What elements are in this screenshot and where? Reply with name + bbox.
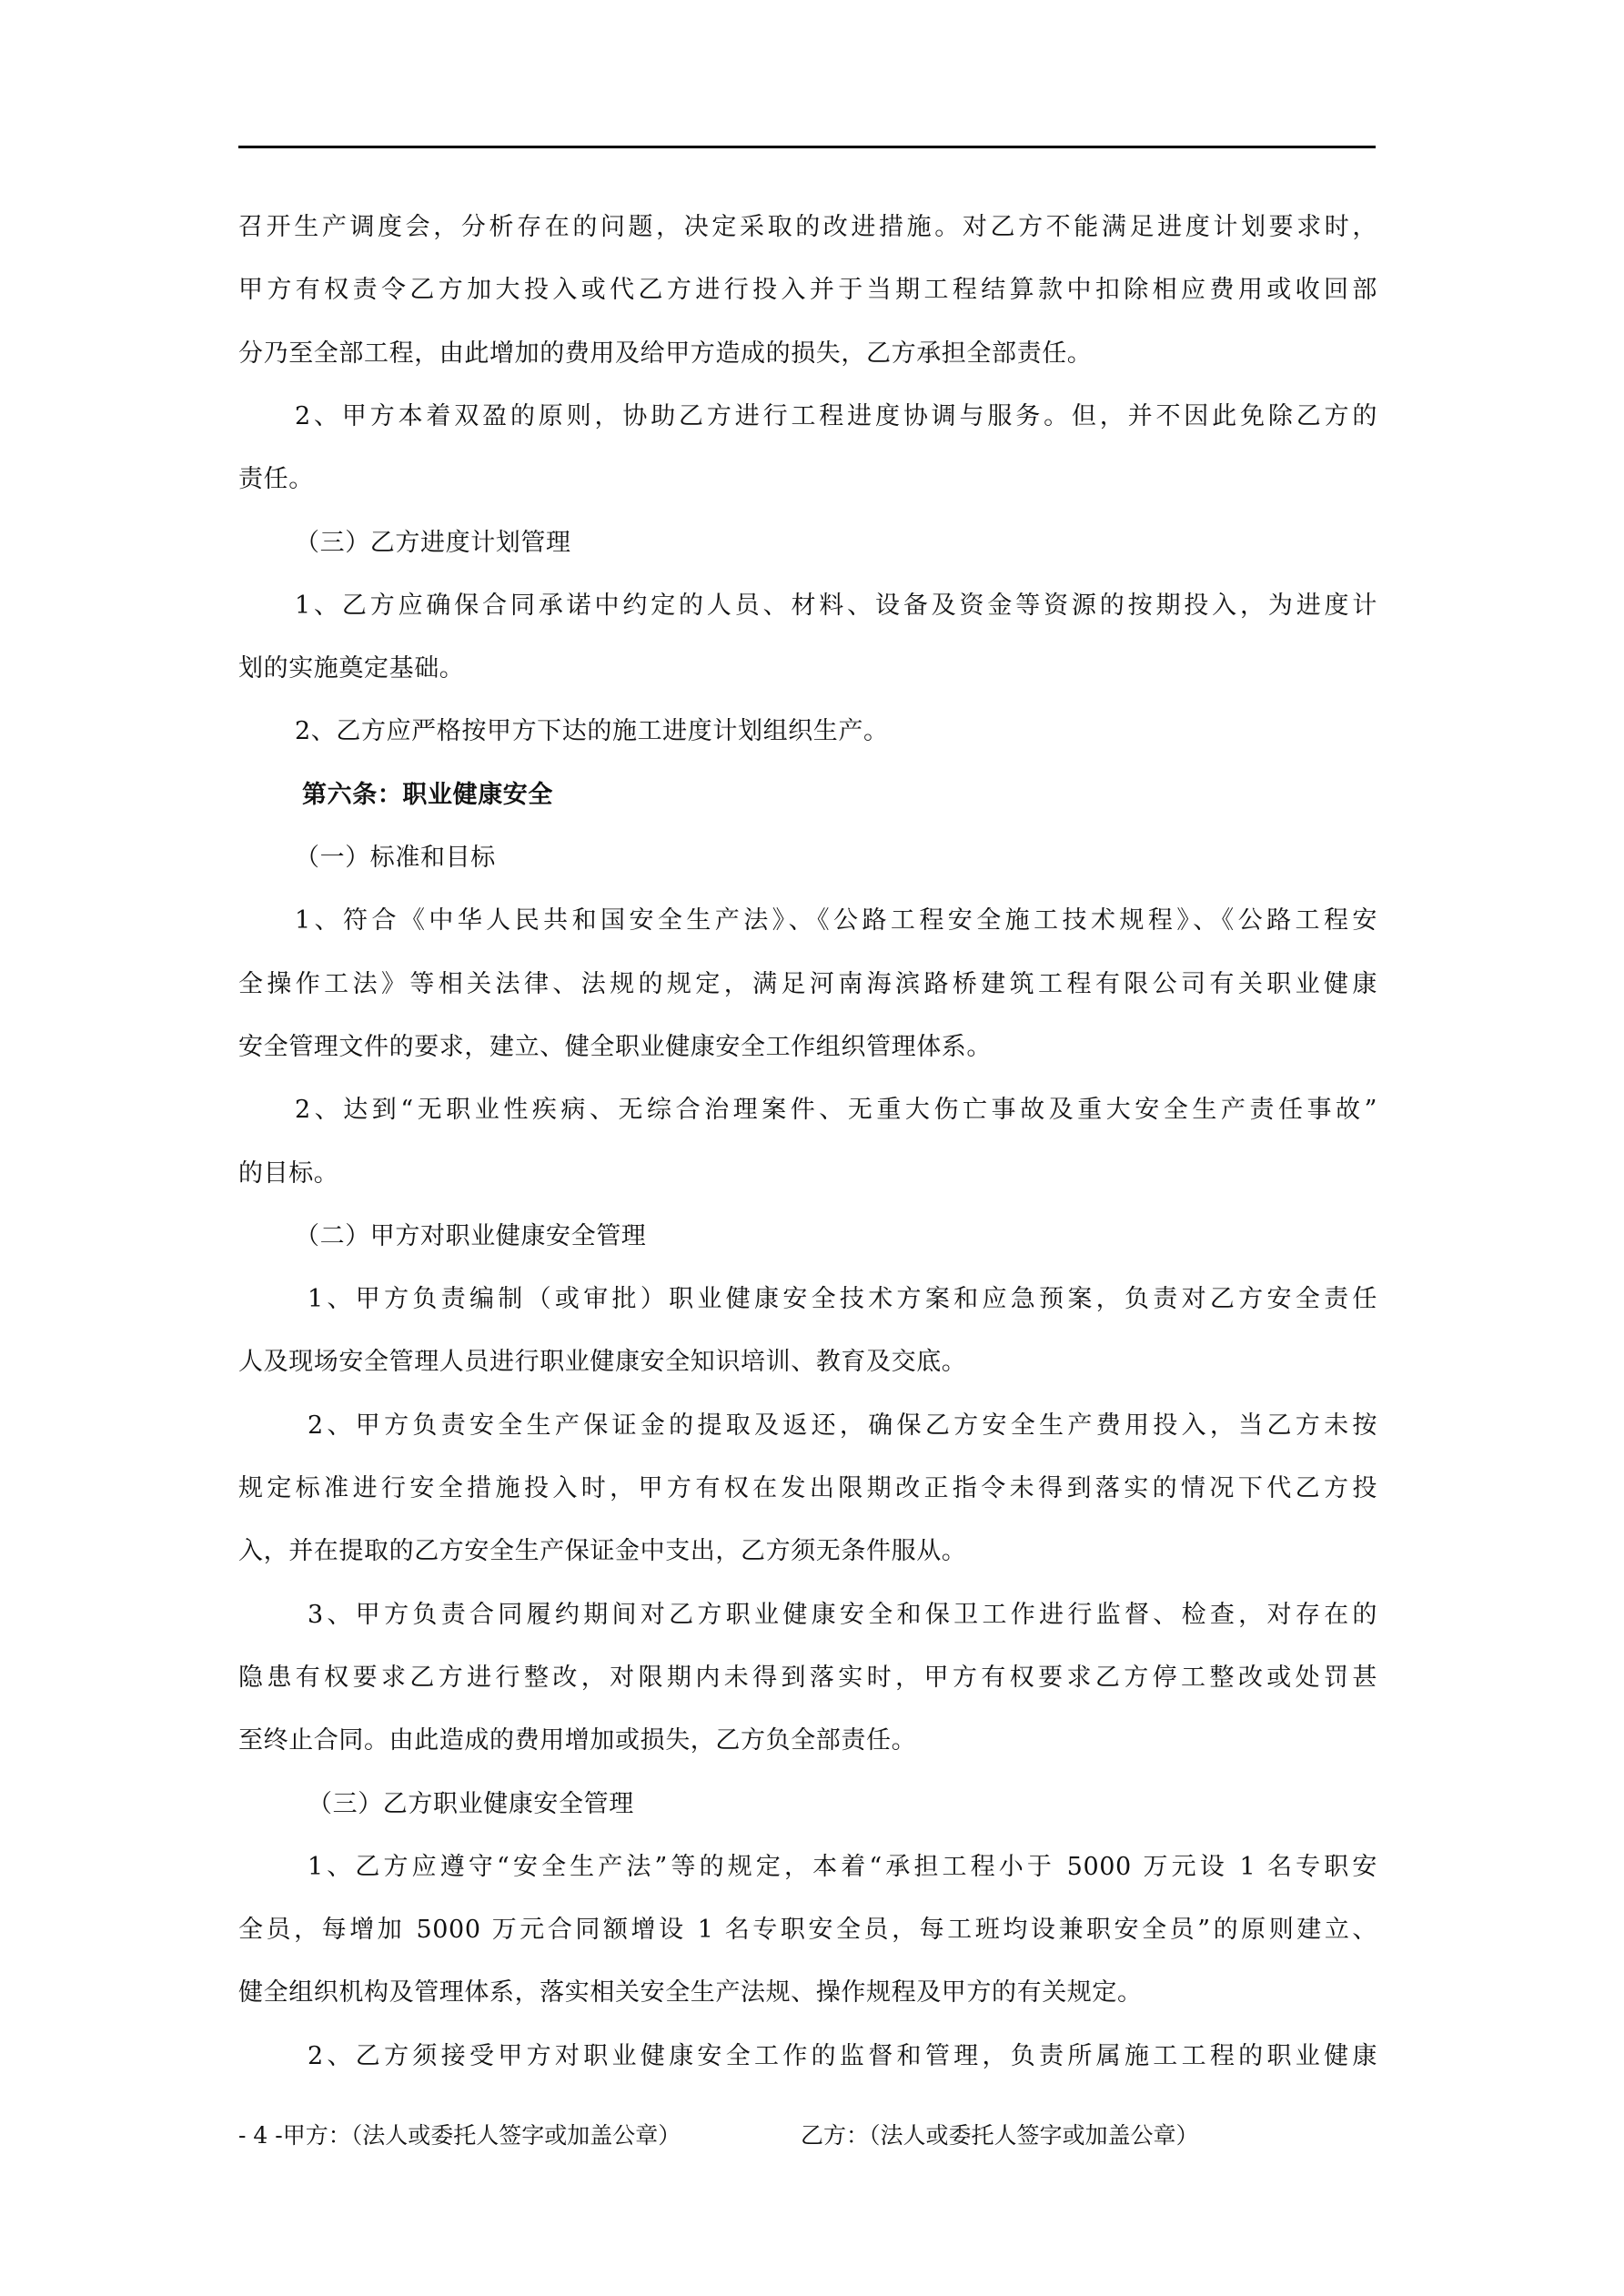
text-line: 召开生产调度会，分析存在的问题，决定采取的改进措施。对乙方不能满足进度计划要求时… [238, 211, 1377, 244]
text-line: 责任。 [238, 463, 1377, 496]
text-line: （三）乙方进度计划管理 [295, 527, 1377, 560]
text-line: 安全管理文件的要求，建立、健全职业健康安全工作组织管理体系。 [238, 1031, 1377, 1064]
section-heading: 第六条：职业健康安全 [302, 779, 1377, 812]
footer-left: - 4 -甲方：（法人或委托人签字或加盖公章） [238, 2120, 681, 2151]
text-line: 2、乙方应严格按甲方下达的施工进度计划组织生产。 [295, 715, 1377, 748]
text-line: 规定标准进行安全措施投入时，甲方有权在发出限期改正指令未得到落实的情况下代乙方投 [238, 1472, 1377, 1505]
page-number: - 4 - [238, 2122, 283, 2149]
text-line: 至终止合同。由此造成的费用增加或损失，乙方负全部责任。 [238, 1725, 1377, 1757]
text-line: 分乃至全部工程，由此增加的费用及给甲方造成的损失，乙方承担全部责任。 [238, 338, 1377, 370]
header-rule [238, 146, 1376, 148]
text-line: 人及现场安全管理人员进行职业健康安全知识培训、教育及交底。 [238, 1346, 1377, 1379]
text-line: 2、乙方须接受甲方对职业健康安全工作的监督和管理，负责所属施工工程的职业健康 [308, 2040, 1377, 2073]
party-b-signature: 乙方：（法人或委托人签字或加盖公章） [801, 2120, 1199, 2151]
text-line: 隐患有权要求乙方进行整改，对限期内未得到落实时，甲方有权要求乙方停工整改或处罚甚 [238, 1662, 1377, 1694]
text-line: 全员，每增加 5000 万元合同额增设 1 名专职安全员，每工班均设兼职安全员”… [238, 1914, 1377, 1947]
text-line: （三）乙方职业健康安全管理 [308, 1788, 1377, 1821]
text-line: （二）甲方对职业健康安全管理 [295, 1220, 1377, 1253]
text-line: （一）标准和目标 [295, 842, 1377, 875]
text-line: 全操作工法》等相关法律、法规的规定，满足河南海滨路桥建筑工程有限公司有关职业健康 [238, 968, 1377, 1001]
text-line: 3、甲方负责合同履约期间对乙方职业健康安全和保卫工作进行监督、检查，对存在的 [308, 1599, 1377, 1632]
text-line: 健全组织机构及管理体系，落实相关安全生产法规、操作规程及甲方的有关规定。 [238, 1977, 1377, 2009]
text-line: 入，并在提取的乙方安全生产保证金中支出，乙方须无条件服从。 [238, 1535, 1377, 1568]
text-line: 划的实施奠定基础。 [238, 652, 1377, 685]
text-line: 甲方有权责令乙方加大投入或代乙方进行投入并于当期工程结算款中扣除相应费用或收回部 [238, 274, 1377, 307]
text-line: 1、甲方负责编制（或审批）职业健康安全技术方案和应急预案，负责对乙方安全责任 [308, 1283, 1377, 1316]
party-a-signature: 甲方：（法人或委托人签字或加盖公章） [283, 2122, 681, 2149]
text-line: 2、甲方负责安全生产保证金的提取及返还，确保乙方安全生产费用投入，当乙方未按 [308, 1410, 1377, 1442]
text-line: 1、乙方应遵守“安全生产法”等的规定，本着“承担工程小于 5000 万元设 1 … [308, 1851, 1377, 1884]
text-line: 1、乙方应确保合同承诺中约定的人员、材料、设备及资金等资源的按期投入，为进度计 [295, 590, 1377, 622]
text-line: 2、达到“无职业性疾病、无综合治理案件、无重大伤亡事故及重大安全生产责任事故” [295, 1094, 1377, 1127]
text-line: 1、符合《中华人民共和国安全生产法》、《公路工程安全施工技术规程》、《公路工程安 [295, 905, 1377, 937]
text-line: 的目标。 [238, 1158, 1377, 1190]
text-line: 2、甲方本着双盈的原则，协助乙方进行工程进度协调与服务。但，并不因此免除乙方的 [295, 400, 1377, 433]
